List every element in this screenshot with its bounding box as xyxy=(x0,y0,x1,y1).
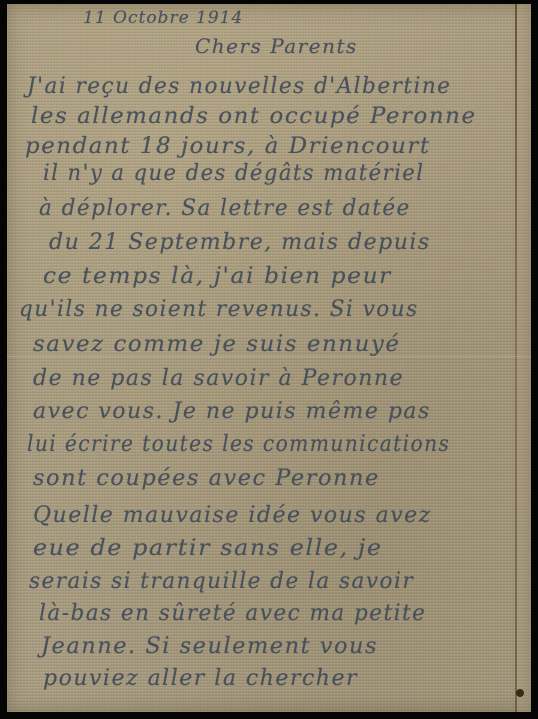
letter-line: Quelle mauvaise idée vous avez xyxy=(33,503,432,528)
letter-line: sont coupées avec Peronne xyxy=(33,466,380,491)
letter-line: là-bas en sûreté avec ma petite xyxy=(39,601,426,626)
letter-line: pouviez aller la chercher xyxy=(43,666,358,691)
letter-line: pendant 18 jours, à Driencourt xyxy=(25,134,431,159)
letter-line: lui écrire toutes les communications xyxy=(27,432,450,457)
letter-date: 11 Octobre 1914 xyxy=(83,8,243,28)
letter-line: serais si tranquille de la savoir xyxy=(29,569,414,594)
letter-line: il n'y a que des dégâts matériel xyxy=(43,161,424,186)
paper-edge-strip xyxy=(517,4,531,712)
letter-line: eue de partir sans elle, je xyxy=(33,536,383,561)
letter-line: Jeanne. Si seulement vous xyxy=(41,634,378,659)
letter-line: avec vous. Je ne puis même pas xyxy=(33,399,431,424)
letter-line: savez comme je suis ennuyé xyxy=(33,332,400,357)
scan-frame: 11 Octobre 1914 Chers Parents J'ai reçu … xyxy=(0,0,538,719)
ink-stain xyxy=(516,689,524,697)
letter-line: les allemands ont occupé Peronne xyxy=(31,104,477,129)
letter-salutation: Chers Parents xyxy=(195,34,358,58)
letter-line: J'ai reçu des nouvelles d'Albertine xyxy=(27,74,451,99)
vertical-fold-crease xyxy=(515,4,517,712)
letter-line: qu'ils ne soient revenus. Si vous xyxy=(19,297,419,322)
letter-line: du 21 Septembre, mais depuis xyxy=(49,230,431,255)
letter-line: ce temps là, j'ai bien peur xyxy=(43,264,392,289)
letter-paper: 11 Octobre 1914 Chers Parents J'ai reçu … xyxy=(7,4,531,712)
letter-line: à déplorer. Sa lettre est datée xyxy=(39,196,411,221)
letter-line: de ne pas la savoir à Peronne xyxy=(33,366,404,391)
